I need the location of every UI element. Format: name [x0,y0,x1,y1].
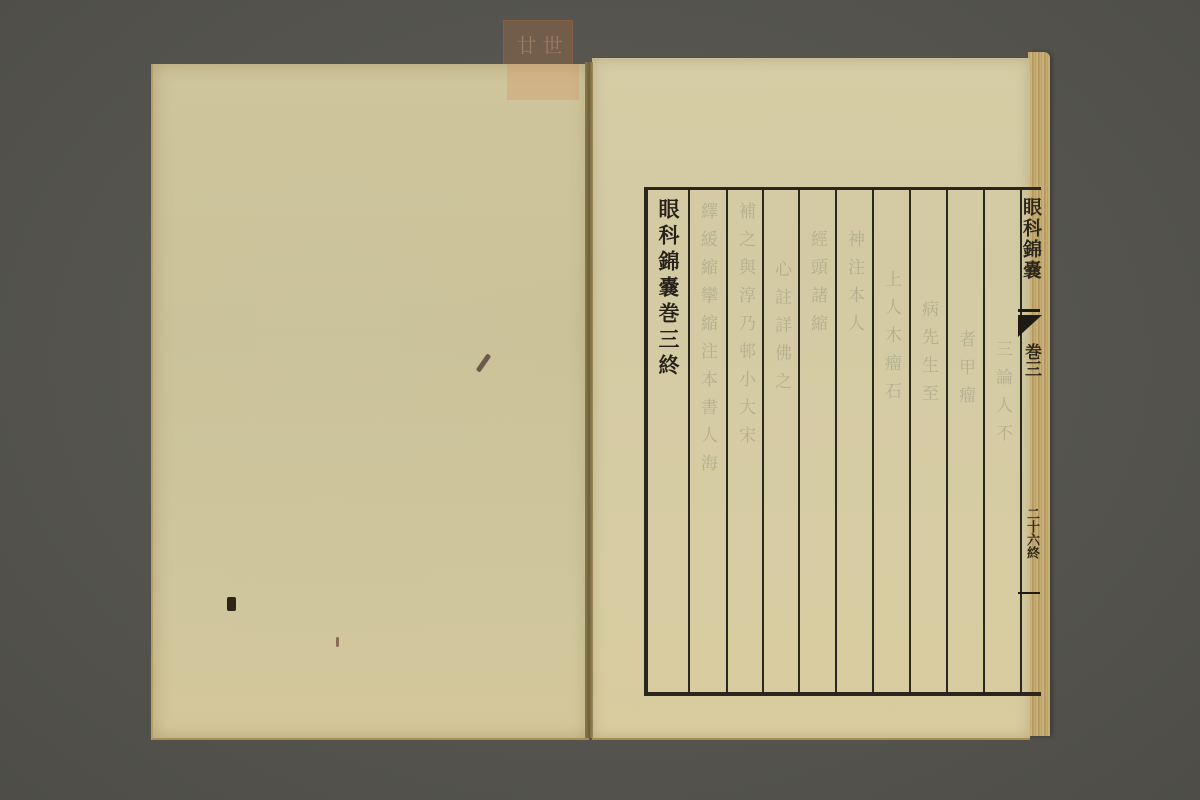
show-through-text: 繹緩縮攣縮注本書人海 [692,202,722,482]
left-page [151,64,589,740]
fishtail-rule [1018,309,1040,312]
hanshin-bottom-rule [1018,592,1040,594]
column-rule [872,190,874,692]
column-rule [946,190,948,692]
column-rule [983,190,985,692]
paper-speck [227,597,236,611]
show-through-text: 心註詳佛之 [766,260,796,400]
hanshin-page-number: 二十六終 [1018,507,1044,559]
column-rule [798,190,800,692]
show-through-text: 上人木瘤石 [876,270,906,410]
hanshin-title: 眼科錦嚢 [1018,197,1044,281]
column-rule [688,190,690,692]
paper-speck [336,637,339,647]
column-rule [726,190,728,692]
seal-char: 廿 [515,35,535,55]
show-through-text: 病先生至 [913,300,943,412]
hanshin-volume: 巻三 [1018,343,1044,377]
colophon-text: 眼科錦嚢巻三終 [652,198,684,380]
ownership-seal: 廿 世 [503,20,573,70]
show-through-text: 經頭諸縮 [802,230,832,342]
paper-speck [476,353,492,372]
show-through-text: 神注本人 [839,230,869,342]
seal-char: 世 [541,35,561,55]
column-rule [762,190,764,692]
fishtail-mark-icon [1018,315,1042,337]
show-through-text: 者甲瘤 [950,330,980,414]
column-rule [909,190,911,692]
show-through-text: 三論人不 [987,340,1017,452]
print-frame: 眼科錦嚢巻三終 繹緩縮攣縮注本書人海 補之與淳乃邨小大宋 心註詳佛之 經頭諸縮 … [644,187,1041,696]
book-gutter [585,62,593,738]
seal-offset-stain [507,64,579,100]
show-through-text: 補之與淳乃邨小大宋 [730,202,760,454]
block-center-margin: 眼科錦嚢 巻三 二十六終 [1018,187,1044,689]
column-rule [835,190,837,692]
